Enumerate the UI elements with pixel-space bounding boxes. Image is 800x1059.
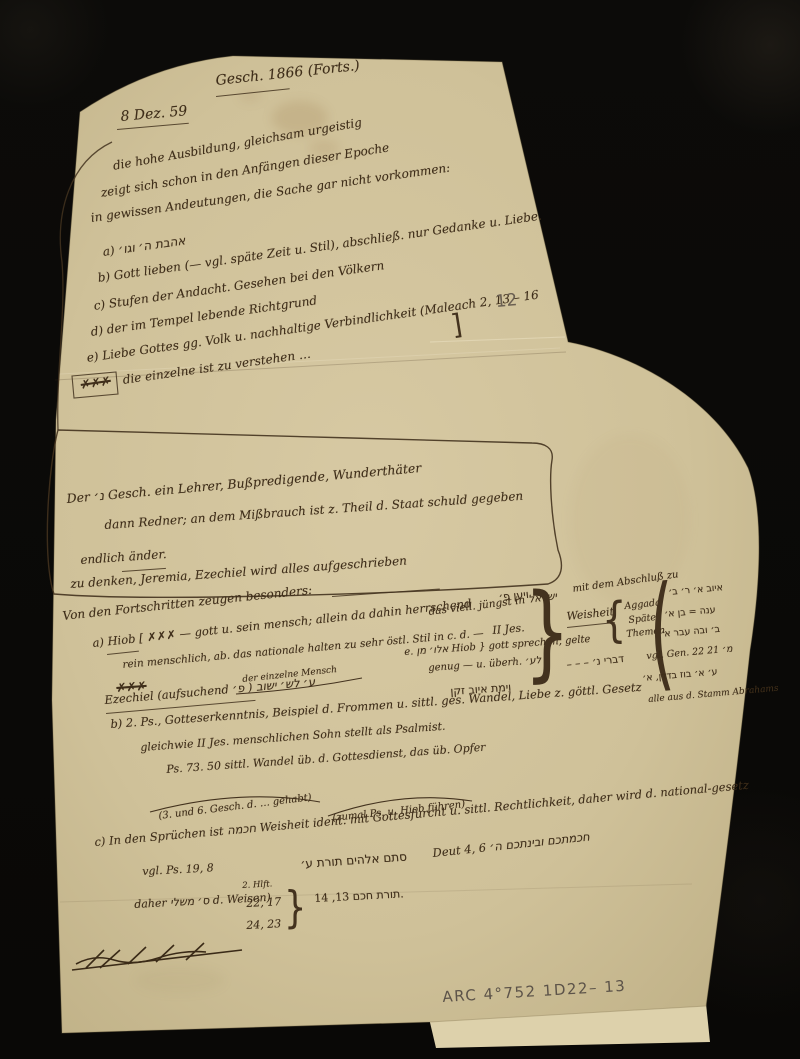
cluster-brace: } xyxy=(524,580,570,684)
verses-brace: } xyxy=(284,886,306,930)
sprueche-insert: 2. Hlft. xyxy=(242,880,273,890)
weisheit-items-brace: { xyxy=(602,596,626,644)
hebrew-cluster-3: II Jes. xyxy=(492,622,525,636)
sprueche-line-4: 24, 23 xyxy=(246,918,282,931)
photographed-manuscript: Gesch. 1866 (Forts.) 8 Dez. 59 die hohe … xyxy=(0,0,800,1059)
sprueche-line-3b: 22, 17 xyxy=(246,896,282,909)
page-number: 12 xyxy=(495,292,518,312)
